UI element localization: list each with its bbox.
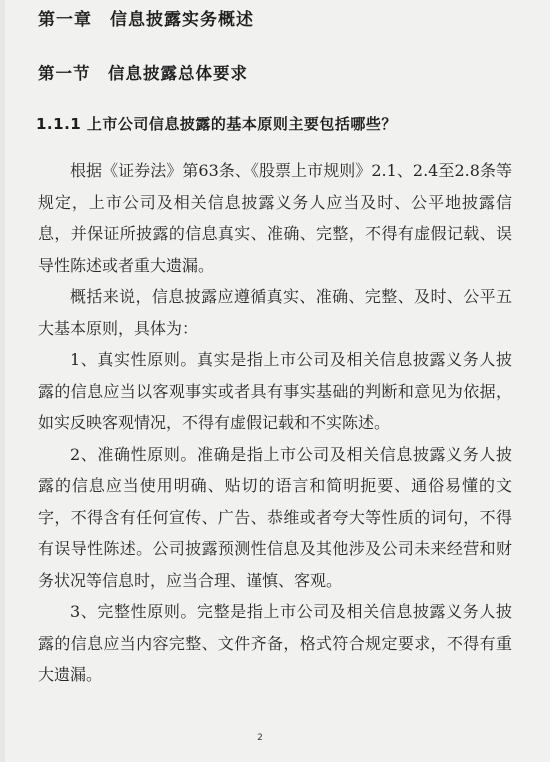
paragraph-principle-truthfulness: 1、真实性原则。真实是指上市公司及相关信息披露义务人披露的信息应当以客观事实或者… [38,344,512,439]
paragraph-principle-completeness: 3、完整性原则。完整是指上市公司及相关信息披露义务人披露的信息应当内容完整、文件… [38,596,512,691]
page-footer: 2 [0,732,520,744]
chapter-title: 第一章 信息披露实务概述 [38,12,254,29]
body-text: 根据《证券法》第63条、《股票上市规则》2.1、2.4至2.8条等规定，上市公司… [38,155,512,691]
section-title: 第一节 信息披露总体要求 [38,65,248,82]
paragraph-principle-accuracy: 2、准确性原则。准确是指上市公司及相关信息披露义务人披露的信息应当使用明确、贴切… [38,439,512,597]
paragraph-legal-basis: 根据《证券法》第63条、《股票上市规则》2.1、2.4至2.8条等规定，上市公司… [38,155,512,281]
document-page: { "doc": { "chapter_title": "第一章 信息披露实务概… [0,0,550,762]
page-left-edge [0,0,5,762]
question-title: 1.1.1 上市公司信息披露的基本原则主要包括哪些？ [36,116,397,132]
page-number: 2 [257,733,263,743]
paragraph-summary: 概括来说，信息披露应遵循真实、准确、完整、及时、公平五大基本原则，具体为： [38,281,512,344]
